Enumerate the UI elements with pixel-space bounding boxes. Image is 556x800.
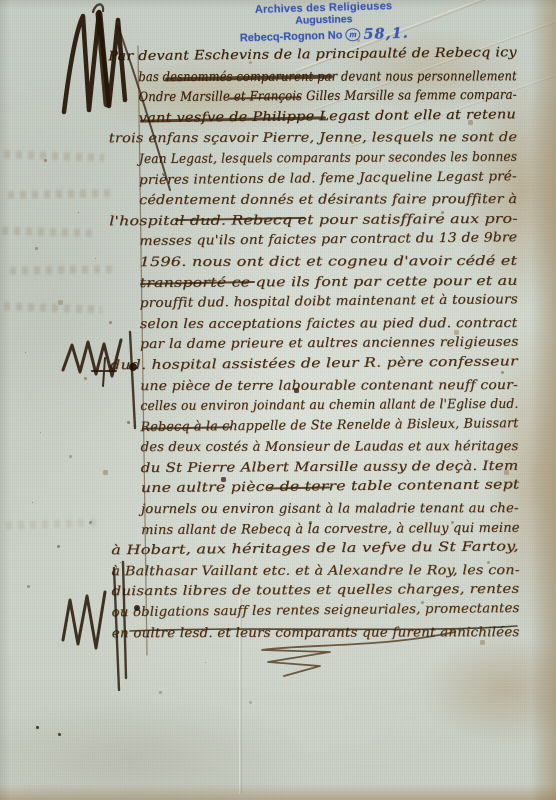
handwriting-line: Jean Legast, lesquels comparants pour se… <box>107 146 521 169</box>
handwritten-text-block: Par devant Eschevins de la principaulté … <box>106 43 524 643</box>
handwriting-line: dud. hospital assistées de leur R. père … <box>108 352 522 375</box>
handwriting-line: mins allant de Rebecq à la corvestre, à … <box>109 516 523 539</box>
ink-showthrough <box>6 518 96 529</box>
handwriting-line: messes qu'ils ont faictes par contract d… <box>107 228 521 251</box>
handwriting-line: prouffit dud. hospital doibt maintenant … <box>108 290 522 313</box>
handwriting-line: à Balthasar Vaillant etc. et à Alexandre… <box>109 558 523 581</box>
ink-showthrough <box>2 227 98 238</box>
manuscript-photo: Archives des Religieuses Augustines Rebe… <box>0 0 556 800</box>
ink-showthrough <box>10 265 114 275</box>
handwriting-line: l'hospital dud. Rebecq et pour satisffai… <box>107 207 521 230</box>
handwriting-line: en oultre lesd. et leurs comparants que … <box>110 619 524 642</box>
handwriting-line: une pièce de terre labourable contenant … <box>108 372 522 395</box>
handwriting-line: trois enfans sçavoir Pierre, Jenne, lesq… <box>107 125 521 148</box>
archive-stamp: Archives des Religieuses Augustines Rebe… <box>235 0 412 46</box>
handwriting-line: des deux costés à Monsieur de Laudas et … <box>109 434 523 457</box>
handwriting-line: Ondre Marsille et François Gilles Marsil… <box>106 84 520 107</box>
handwriting-line: Par devant Eschevins de la principaulté … <box>106 43 520 66</box>
stamp-circled-mark: m <box>345 28 360 41</box>
handwriting-line: cédentement donnés et désirants faire pr… <box>107 187 521 210</box>
handwriting-line: transporté ce que ils font par cette pou… <box>108 269 522 292</box>
foxing-specks <box>0 0 1 1</box>
handwriting-line: Rebecq à la chappelle de Ste Renelde à B… <box>108 413 522 436</box>
stamp-accession-number: 58,1. <box>363 25 409 43</box>
ink-showthrough <box>4 150 104 161</box>
handwriting-line: 1596. nous ont dict et cogneu d'avoir cé… <box>107 249 521 272</box>
stamp-line-3: Rebecq-Rognon No <box>240 29 343 44</box>
handwriting-line: selon les acceptations faictes au pied d… <box>108 310 522 333</box>
handwriting-line: duisants libres de touttes et quelles ch… <box>109 578 523 601</box>
paper-sheet: Archives des Religieuses Augustines Rebe… <box>0 0 556 800</box>
ink-showthrough <box>8 189 116 199</box>
ink-showthrough <box>4 302 102 313</box>
handwriting-line: ou obligations sauff les rentes seigneur… <box>110 599 524 622</box>
handwriting-line: à Hobart, aux héritages de la vefve du S… <box>109 537 523 560</box>
handwriting-line: celles ou environ joindant au chemin all… <box>108 393 522 416</box>
handwriting-line: journels ou environ gisant à la maladrie… <box>109 496 523 519</box>
handwriting-line: par la dame prieure et aultres anciennes… <box>108 331 522 354</box>
handwriting-line: du St Pierre Albert Marsille aussy de de… <box>109 455 523 478</box>
handwriting-line: prières intentions de lad. feme Jacqueli… <box>107 166 521 189</box>
